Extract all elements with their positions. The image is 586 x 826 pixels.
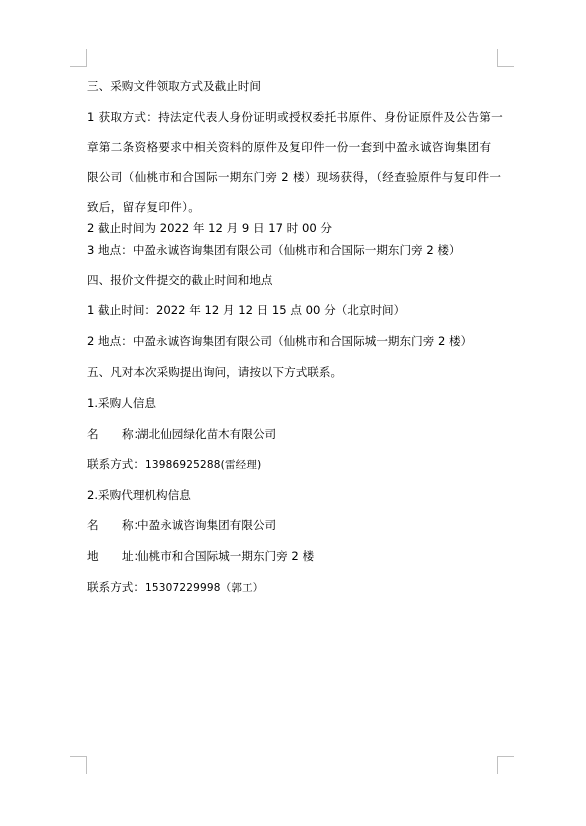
agency-contact-row: 联系方式：15307229998（郭工）: [87, 578, 517, 596]
label-part: 名: [87, 516, 122, 534]
section-3-item-1-line-2: 章第二条资格要求中相关资料的原件及复印件一份一套到中盈永诚咨询集团有: [87, 138, 517, 156]
page-corner-mark-bottom-left: [70, 756, 87, 774]
section-3-item-1-line-1: 1 获取方式：持法定代表人身份证明或授权委托书原件、身份证原件及公告第一: [87, 108, 517, 126]
document-page: 三、采购文件领取方式及截止时间 1 获取方式：持法定代表人身份证明或授权委托书原…: [0, 0, 586, 826]
section-3-heading: 三、采购文件领取方式及截止时间: [87, 77, 517, 95]
purchaser-contact-label: 联系方式：: [87, 457, 145, 471]
section-4-heading: 四、报价文件提交的截止时间和地点: [87, 271, 517, 289]
section-3-item-1-line-4: 致后，留存复印件）。: [87, 198, 517, 216]
purchaser-name-value: 湖北仙园绿化苗木有限公司: [137, 427, 276, 441]
section-4-item-1-deadline: 1 截止时间：2022 年 12 月 12 日 15 点 00 分（北京时间）: [87, 301, 517, 319]
agency-address-label: 地址：: [87, 547, 137, 565]
purchaser-contact-value: 13986925288(雷经理): [145, 459, 261, 471]
agency-address-value: 仙桃市和合国际城一期东门旁 2 楼: [137, 549, 314, 563]
page-corner-mark-top-left: [70, 49, 87, 67]
section-4-item-2-location: 2 地点：中盈永诚咨询集团有限公司（仙桃市和合国际城一期东门旁 2 楼）: [87, 332, 517, 350]
agency-info-title: 2.采购代理机构信息: [87, 486, 517, 504]
section-5-heading: 五、凡对本次采购提出询问，请按以下方式联系。: [87, 363, 517, 381]
section-3-item-1-line-3: 限公司（仙桃市和合国际一期东门旁 2 楼）现场获得，（经查验原件与复印件一: [87, 168, 517, 186]
label-part: 地: [87, 547, 122, 565]
agency-name-value: 中盈永诚咨询集团有限公司: [137, 518, 276, 532]
agency-name-row: 名称：中盈永诚咨询集团有限公司: [87, 516, 517, 534]
purchaser-info-title: 1.采购人信息: [87, 394, 517, 412]
page-corner-mark-bottom-right: [497, 756, 514, 774]
agency-contact-value: 15307229998（郭工）: [145, 582, 264, 594]
agency-name-label: 名称：: [87, 516, 137, 534]
purchaser-contact-row: 联系方式：13986925288(雷经理): [87, 455, 517, 473]
agency-contact-label: 联系方式：: [87, 580, 145, 594]
section-3-item-3-location: 3 地点：中盈永诚咨询集团有限公司（仙桃市和合国际一期东门旁 2 楼）: [87, 241, 517, 259]
agency-address-row: 地址：仙桃市和合国际城一期东门旁 2 楼: [87, 547, 517, 565]
section-3-item-2-deadline: 2 截止时间为 2022 年 12 月 9 日 17 时 00 分: [87, 219, 517, 237]
page-corner-mark-top-right: [497, 49, 514, 67]
purchaser-name-row: 名称：湖北仙园绿化苗木有限公司: [87, 425, 517, 443]
label-part: 名: [87, 425, 122, 443]
purchaser-name-label: 名称：: [87, 425, 137, 443]
